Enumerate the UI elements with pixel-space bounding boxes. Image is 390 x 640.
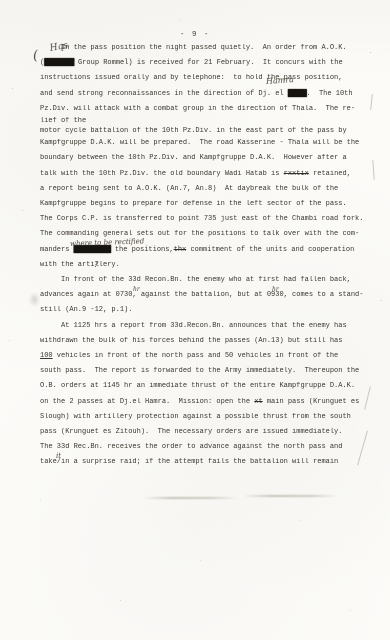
text-line: south pass. The report is forwarded to t… — [40, 364, 370, 379]
text-line: boundary between the 10th Pz.Div. and Ka… — [40, 151, 370, 166]
typed-text: and send strong reconnaissances in the d… — [40, 90, 288, 98]
typed-text: with the artillery. — [40, 261, 120, 269]
text-line: In front of the 33d Recon.Bn. the enemy … — [40, 273, 370, 288]
text-line: motor cycle battalion of the 10th Pz.Div… — [40, 127, 370, 137]
typed-text: advances again at 0730, against the batt… — [40, 291, 363, 299]
text-line: The 33d Rec.Bn. receives the order to ad… — [40, 440, 370, 455]
typed-text: Slough) with artillery protection agains… — [40, 413, 351, 421]
typed-text: The Corps C.P. is transferred to point 7… — [40, 215, 363, 223]
handwritten-annotation: ( — [32, 49, 39, 64]
typed-text: Group Rommel) is received for 21 Februar… — [74, 59, 343, 67]
text-line: and send strong reconnaissances in the d… — [40, 87, 370, 102]
text-line: Kampfgruppe D.A.K. will be prepared. The… — [40, 136, 370, 151]
handwritten-annotation: hr — [133, 286, 140, 293]
blacked-out-text: ████████ — [44, 59, 74, 67]
page-number: - 9 - — [0, 31, 390, 39]
scan-smudge — [243, 495, 338, 497]
handwritten-annotation: it — [56, 452, 61, 460]
typed-text: rxxtix — [284, 170, 309, 178]
typed-text: motor cycle battalion of the 10th Pz.Div… — [40, 127, 347, 135]
text-line: still (An.9 -12, p.1). — [40, 303, 370, 318]
handwritten-annotation: hr — [272, 286, 279, 293]
text-line: Slough) with artillery protection agains… — [40, 410, 370, 425]
typed-text: still (An.9 -12, p.1). — [40, 306, 132, 314]
typed-text: At 1125 hrs a report from 33d.Recon.Bn. … — [40, 322, 347, 330]
scanned-document-page: - 9 - In the pass position the night pas… — [0, 0, 390, 640]
text-line: withdrawn the bulk of his forces behind … — [40, 334, 370, 349]
typed-text: The commanding general sets out for the … — [40, 230, 359, 238]
typed-text: Kampfgruppe begins to prepare for defens… — [40, 200, 347, 208]
typed-text: In front of the 33d Recon.Bn. the enemy … — [40, 276, 351, 284]
scan-speckles — [0, 0, 1, 1]
typed-text: vehicles in front of the north pass and … — [53, 352, 339, 360]
typed-text: talk with the 10th Pz.Div. the old bound… — [40, 170, 284, 178]
typed-text: take/in a surprise raid; if the attempt … — [40, 458, 338, 466]
text-line: O.B. orders at 1145 hr an immediate thru… — [40, 379, 370, 394]
typed-text: the positions, — [111, 246, 174, 254]
typed-text: main pass (Krunguet es — [263, 398, 360, 406]
text-line: take/in a surprise raid; if the attempt … — [40, 455, 370, 470]
typed-text: Pz.Div. will attack with a combat group … — [40, 105, 355, 113]
typed-text: In the pass position the night passed qu… — [40, 44, 347, 52]
pencil-mark — [370, 94, 373, 110]
text-line: At 1125 hrs a report from 33d.Recon.Bn. … — [40, 319, 370, 334]
text-line: In the pass position the night passed qu… — [40, 41, 370, 56]
typed-text: commitment of the units and cooperation — [186, 246, 354, 254]
typed-text: 100 — [40, 352, 53, 360]
text-line: Kampfgruppe begins to prepare for defens… — [40, 197, 370, 212]
text-line: 100 vehicles in front of the north pass … — [40, 349, 370, 364]
typed-text: O.B. orders at 1145 hr an immediate thru… — [40, 382, 355, 390]
scan-smudge — [143, 497, 238, 499]
pencil-mark — [372, 160, 374, 180]
typed-text: a report being sent to A.O.K. (An.7, An.… — [40, 185, 338, 193]
text-line: (████████ Group Rommel) is received for … — [40, 56, 370, 71]
typed-text: thx — [174, 246, 187, 254]
typed-text: The 33d Rec.Bn. receives the order to ad… — [40, 443, 342, 451]
typed-text: instructions issued orally and by teleph… — [40, 74, 342, 82]
text-line: Pz.Div. will attack with a combat group … — [40, 102, 370, 117]
text-line: a report being sent to A.O.K. (An.7, An.… — [40, 182, 370, 197]
blacked-out-text: █████ — [288, 90, 307, 98]
text-line: with the artillery. — [40, 258, 370, 273]
text-line: instructions issued orally and by teleph… — [40, 71, 370, 86]
text-line: advances again at 0730, against the batt… — [40, 288, 370, 303]
typed-text: manders — [40, 246, 74, 254]
scan-smudge — [29, 292, 40, 307]
document-body: In the pass position the night passed qu… — [40, 41, 370, 471]
typed-text: on the 2 passes at Dj.el Hamra. Mission:… — [40, 398, 254, 406]
typed-text: withdrawn the bulk of his forces behind … — [40, 337, 342, 345]
typed-text: lief of the — [40, 117, 86, 125]
text-line: talk with the 10th Pz.Div. the old bound… — [40, 167, 370, 182]
typed-text: boundary between the 10th Pz.Div. and Ka… — [40, 154, 347, 162]
text-line: on the 2 passes at Dj.el Hamra. Mission:… — [40, 395, 370, 410]
typed-text: xt — [254, 398, 262, 406]
typed-text: pass (Krunguet es Zitouh). The necessary… — [40, 428, 342, 436]
text-line: pass (Krunguet es Zitouh). The necessary… — [40, 425, 370, 440]
typed-text: south pass. The report is forwarded to t… — [40, 367, 359, 375]
text-line: lief of the — [40, 117, 370, 127]
handwritten-annotation: ? — [94, 260, 98, 269]
typed-text: . The 10th — [306, 90, 352, 98]
text-line: The Corps C.P. is transferred to point 7… — [40, 212, 370, 227]
typed-text: retained, — [309, 170, 351, 178]
typed-text: Kampfgruppe D.A.K. will be prepared. The… — [40, 139, 359, 147]
